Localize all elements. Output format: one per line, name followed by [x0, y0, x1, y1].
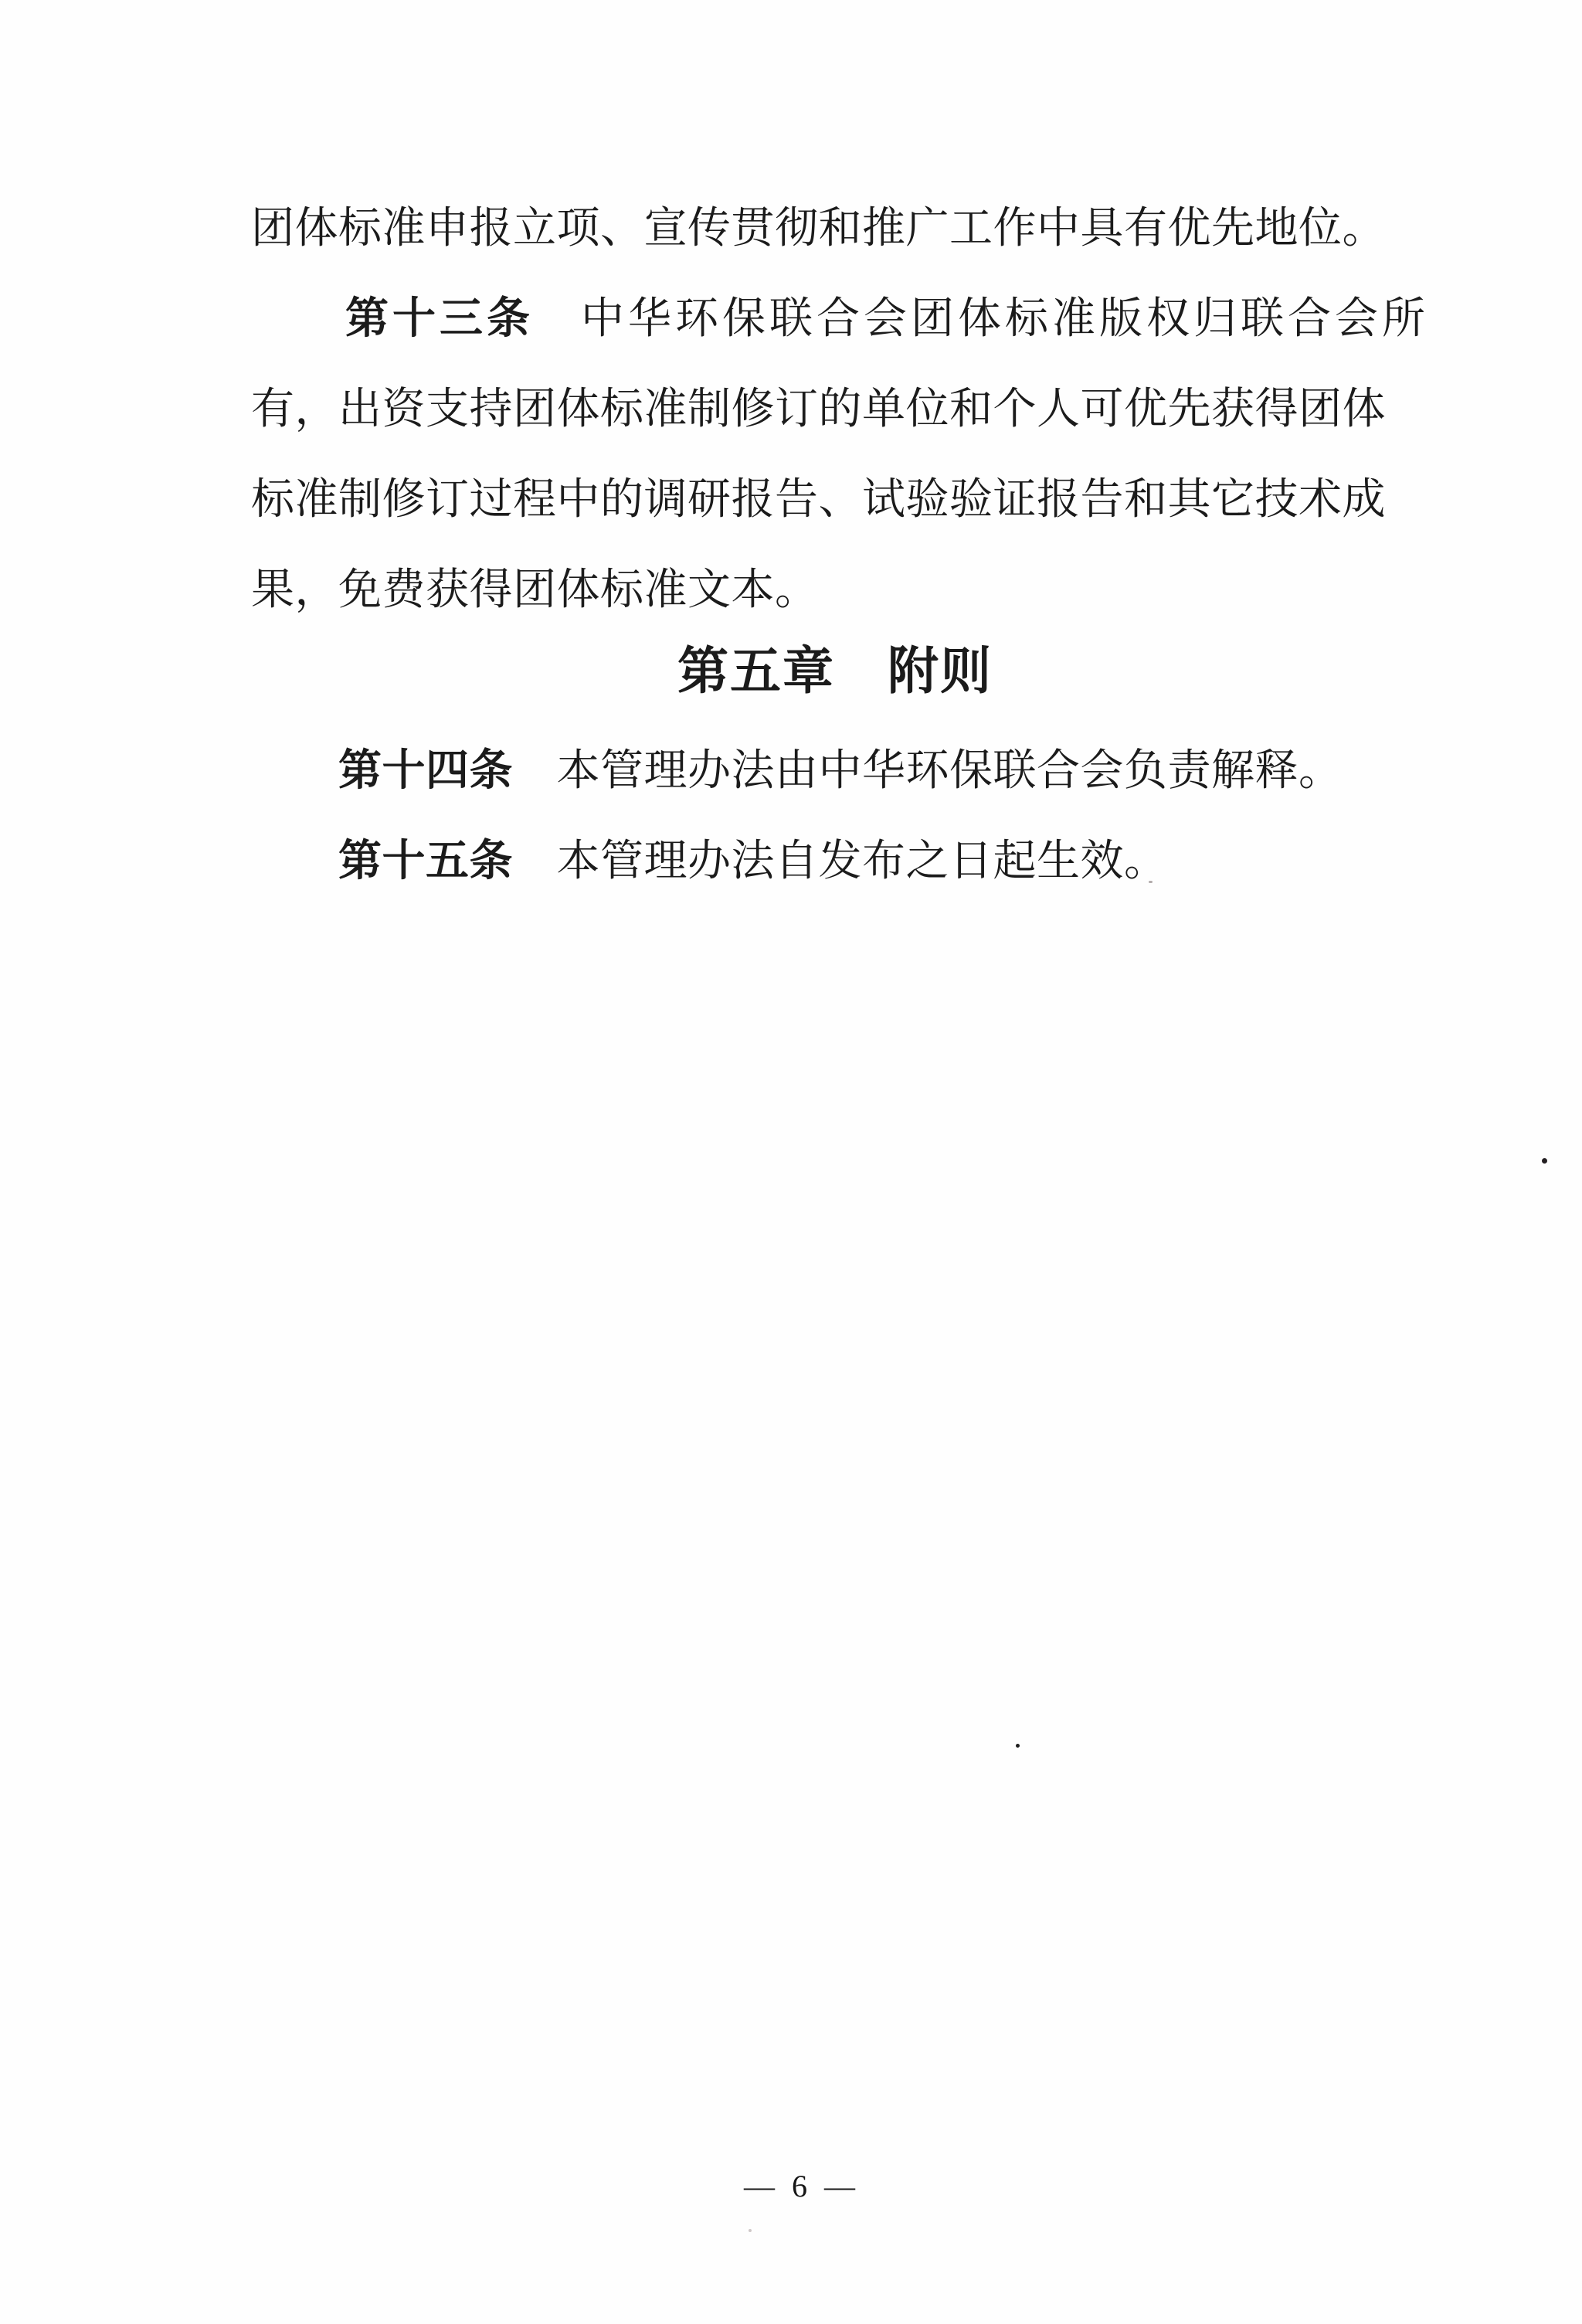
text-line: 第十五条 本管理办法自发布之日起生效。: [251, 817, 1376, 907]
text-line: 第十四条 本管理办法由中华环保联合会负责解释。: [251, 726, 1376, 817]
scan-speck: [749, 2229, 752, 2232]
text-segment: 中华环保联合会团体标准版权归联合会所: [534, 295, 1429, 343]
text-segment: 本管理办法自发布之日起生效。: [513, 838, 1168, 885]
text-line: 团体标准申报立项、宣传贯彻和推广工作中具有优先地位。: [251, 184, 1376, 274]
text-segment: [251, 838, 338, 885]
text-segment: 果，免费获得团体标准文本。: [251, 566, 819, 614]
article-number: 第十五条: [338, 838, 513, 885]
scan-speck: [1016, 1744, 1020, 1748]
text-line: 第十三条 中华环保联合会团体标准版权归联合会所: [251, 274, 1376, 365]
text-block: 团体标准申报立项、宣传贯彻和推广工作中具有优先地位。 第十三条 中华环保联合会团…: [251, 184, 1376, 907]
text-segment: 标准制修订过程中的调研报告、试验验证报告和其它技术成: [251, 476, 1386, 524]
text-segment: [251, 295, 345, 343]
scan-speck: [1149, 881, 1153, 883]
text-line: 果，免费获得团体标准文本。: [251, 545, 1376, 636]
text-segment: 本管理办法由中华环保联合会负责解释。: [513, 747, 1343, 795]
text-segment: [251, 747, 338, 795]
article-number: 第十三条: [345, 295, 534, 343]
article-number: 第十四条: [338, 747, 513, 795]
text-line: 有，出资支持团体标准制修订的单位和个人可优先获得团体: [251, 365, 1376, 455]
text-line: 标准制修订过程中的调研报告、试验验证报告和其它技术成: [251, 455, 1376, 545]
page-number: — 6 —: [0, 2163, 1582, 2210]
scan-speck: [1542, 1158, 1547, 1164]
chapter-heading: 第五章 附则: [251, 627, 1376, 717]
document-page: 团体标准申报立项、宣传贯彻和推广工作中具有优先地位。 第十三条 中华环保联合会团…: [0, 0, 1582, 2324]
text-segment: 有，出资支持团体标准制修订的单位和个人可优先获得团体: [251, 386, 1386, 433]
text-segment: 团体标准申报立项、宣传贯彻和推广工作中具有优先地位。: [251, 205, 1386, 253]
article-number: 第五章 附则: [677, 644, 993, 700]
